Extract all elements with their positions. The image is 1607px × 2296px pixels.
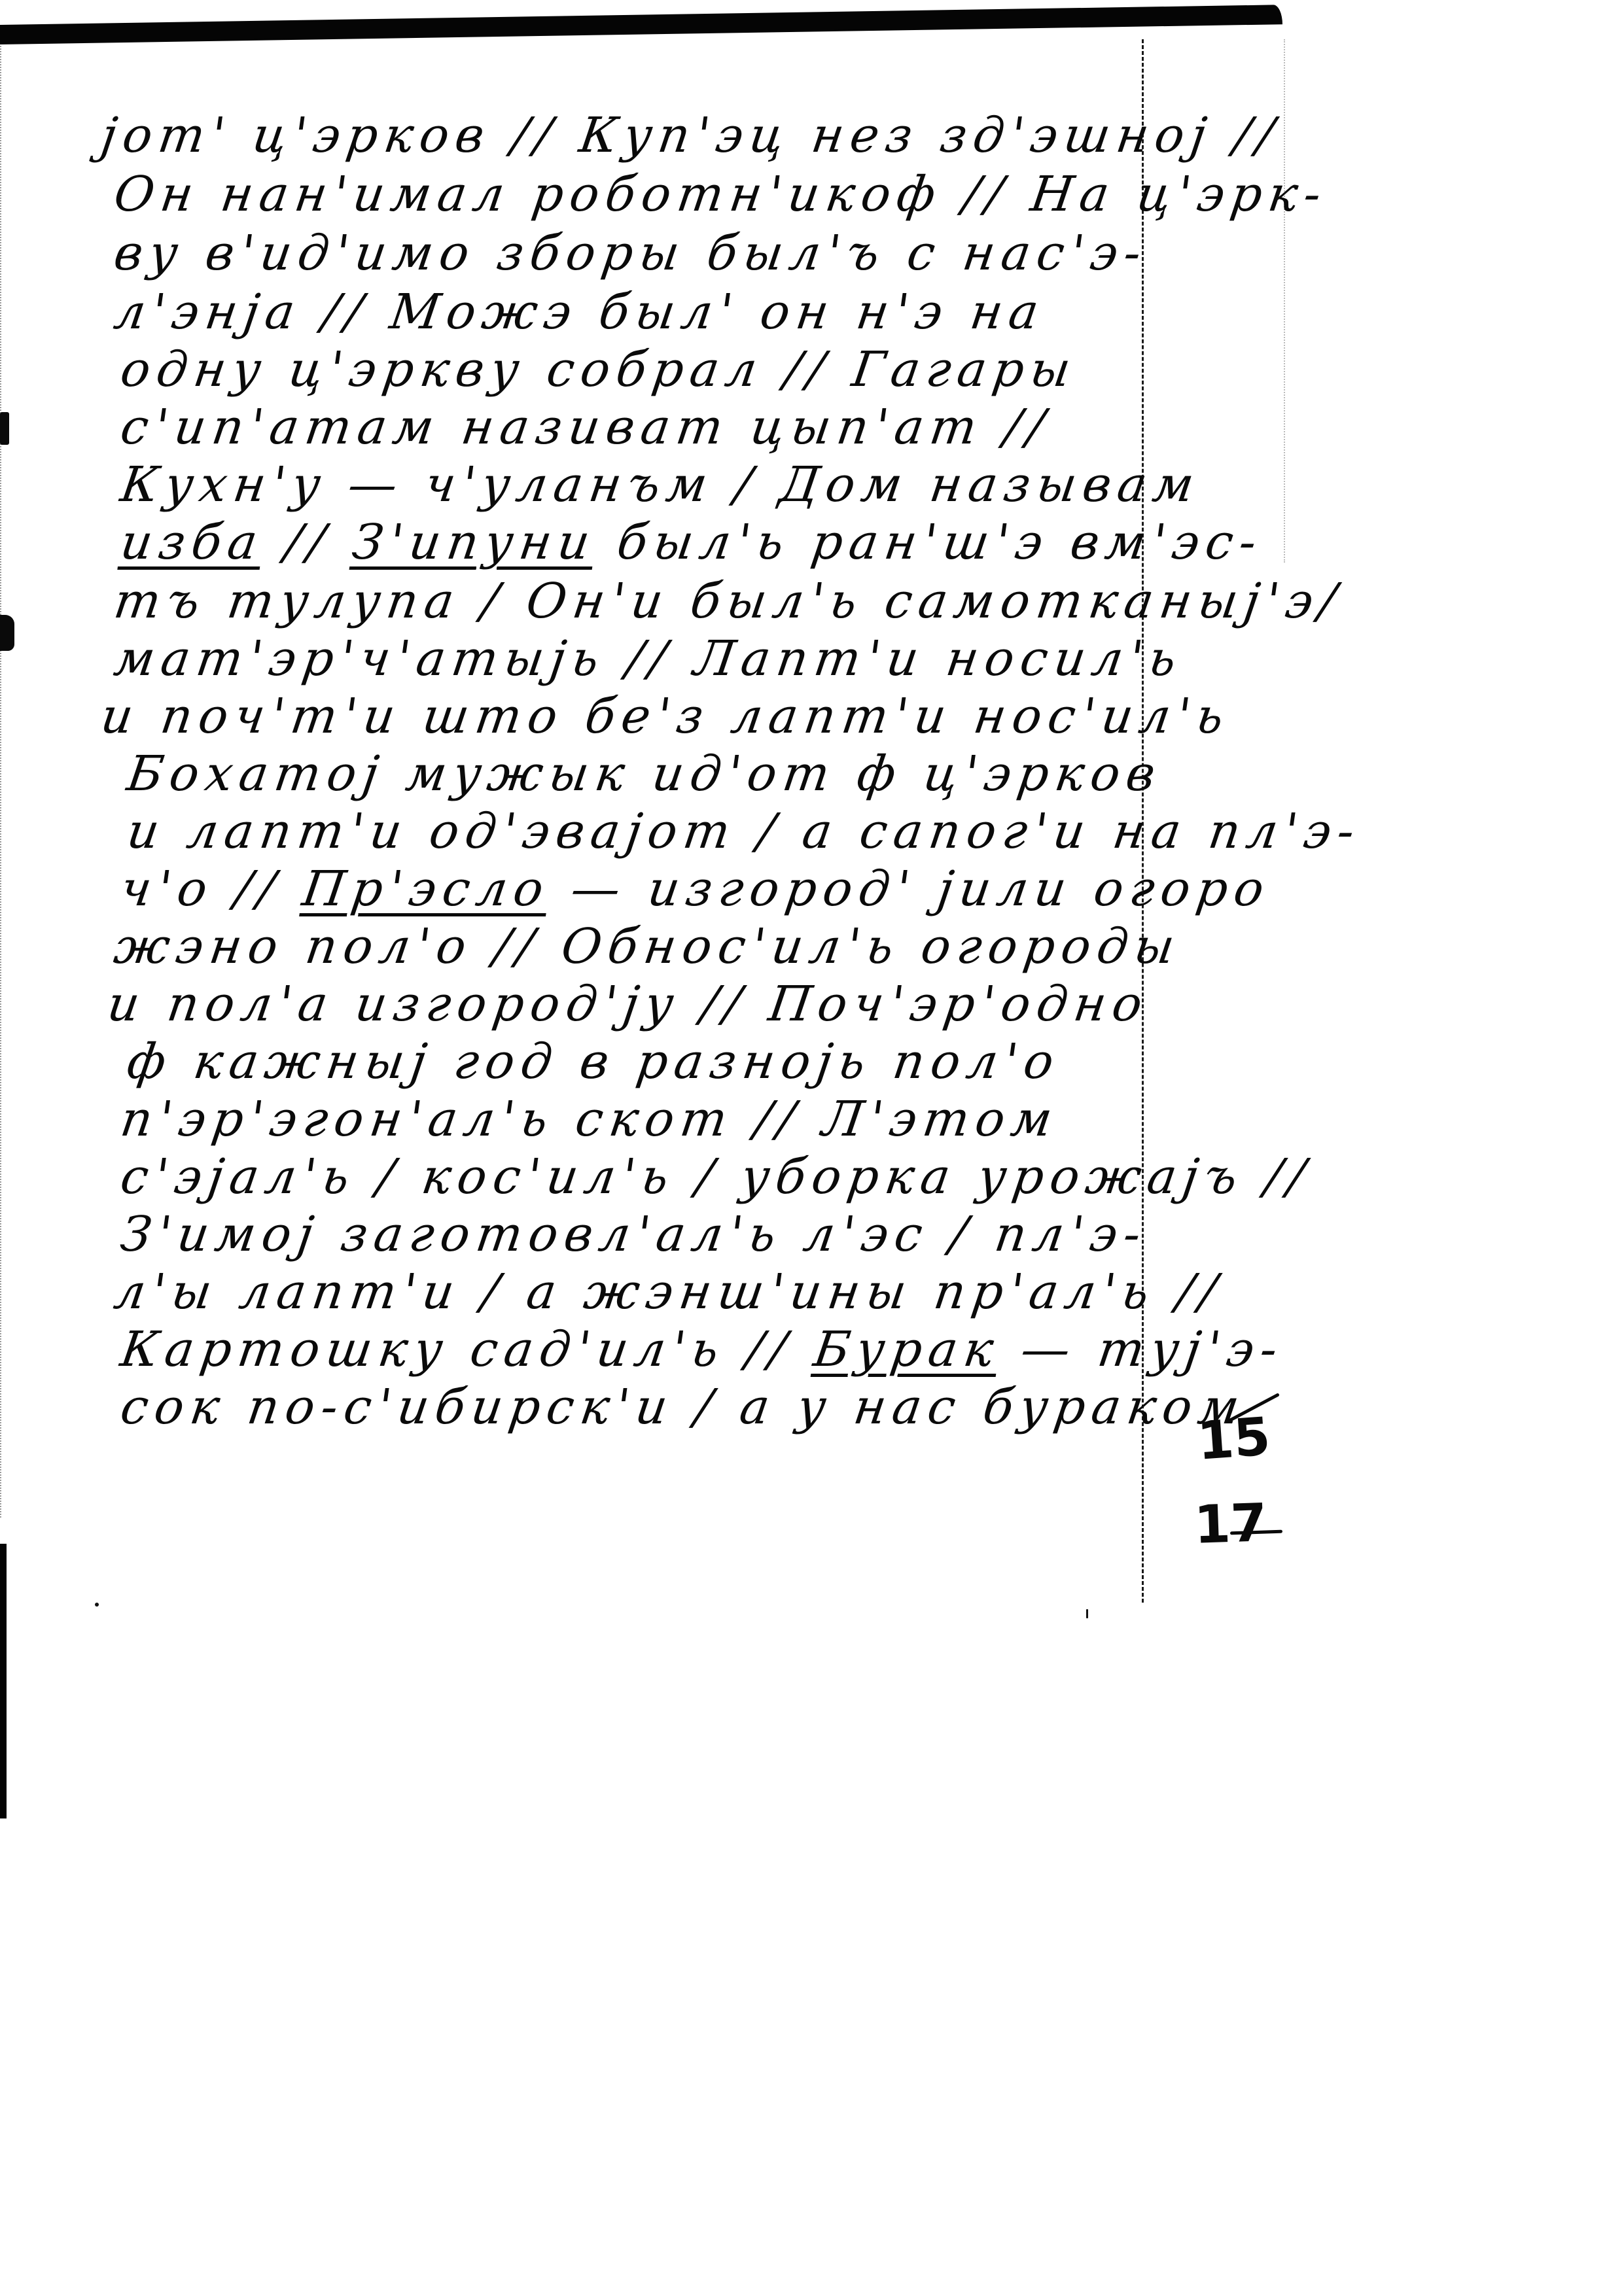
text-segment: ч'о // <box>117 861 307 917</box>
text-line: с'эjал'ь / кос'ил'ь / уборка урожаjъ // <box>118 1153 1315 1201</box>
text-line: ву в'ид'имо зборы был'ъ с нас'э- <box>111 229 1150 277</box>
text-segment: // <box>259 514 357 570</box>
text-line: ч'о // Пр'эсло — изгород' jили огоро <box>118 865 1273 913</box>
top-rule-scan-artifact <box>0 5 1282 44</box>
scan-blot <box>0 412 9 445</box>
page-edge-line <box>1284 39 1285 563</box>
underlined-term: Бурак <box>811 1321 1004 1378</box>
text-line: и поч'т'и што бe'з лапт'и нос'ил'ь <box>98 692 1233 740</box>
text-line: сок по-с'ибирск'и / а у нас бураком <box>118 1383 1248 1431</box>
text-line: с'ип'атам називат цып'ат // <box>118 403 1053 451</box>
text-line: жэно пол'о // Обнос'ил'ь огороды <box>111 922 1184 971</box>
text-line: л'ы лапт'и / а жэнш'ины пр'ал'ь // <box>111 1268 1226 1316</box>
scanned-page: jот' ц'эрков // Куп'эц нез зд'эшноj // О… <box>0 0 1607 2296</box>
scan-blot <box>0 615 14 651</box>
scan-speck <box>95 1603 99 1607</box>
underlined-term: З'ипуни <box>349 514 599 570</box>
text-line: изба // З'ипуни был'ь ран'ш'э вм'эс- <box>118 518 1266 566</box>
text-segment: — изгород' jили огоро <box>546 861 1274 917</box>
margin-number: 17 <box>1193 1497 1268 1552</box>
left-edge-bar <box>0 1544 7 1818</box>
text-line: одну ц'эркву собрал // Гагары <box>118 345 1080 394</box>
underlined-term: изба <box>117 514 267 570</box>
text-line: Картошку сад'ил'ь // Бурак — туj'э- <box>118 1325 1287 1374</box>
left-edge-artifact <box>0 46 3 1518</box>
scan-speck <box>1086 1609 1088 1618</box>
text-line: Кухн'у — ч'уланъм / Дом называм <box>118 461 1203 509</box>
text-segment: Картошку сад'ил'ь // <box>117 1321 818 1378</box>
text-line: З'имоj заготовл'ал'ь л'эс / пл'э- <box>118 1210 1150 1259</box>
text-segment: был'ь ран'ш'э вм'эс- <box>592 514 1267 570</box>
text-line: тъ тулупа / Он'и был'ь самотканыj'э/ <box>111 577 1346 625</box>
text-segment: — туj'э- <box>995 1321 1287 1378</box>
text-line: Бохатоj мужык ид'от ф ц'эрков <box>124 750 1165 798</box>
text-line: и пол'а изгород'jу // Поч'эр'одно <box>105 980 1152 1028</box>
text-line: л'энjа // Можэ был' он н'э на <box>111 288 1048 336</box>
text-line: jот' ц'эрков // Куп'эц нез зд'эшноj // <box>98 111 1283 160</box>
margin-number: 15 <box>1195 1410 1272 1468</box>
text-line: п'эр'эгон'ал'ь скот // Л'этом <box>118 1095 1061 1143</box>
text-line: мат'эр'ч'атыjь // Лапт'и носил'ь <box>111 635 1186 683</box>
text-line: Он нан'имал роботн'икоф // На ц'эрк- <box>111 170 1330 218</box>
underlined-term: Пр'эсло <box>299 861 554 917</box>
text-line: ф кажныj год в разноjь пол'о <box>124 1037 1063 1086</box>
text-line: и лапт'и од'эваjот / а сапог'и на пл'э- <box>124 807 1364 856</box>
